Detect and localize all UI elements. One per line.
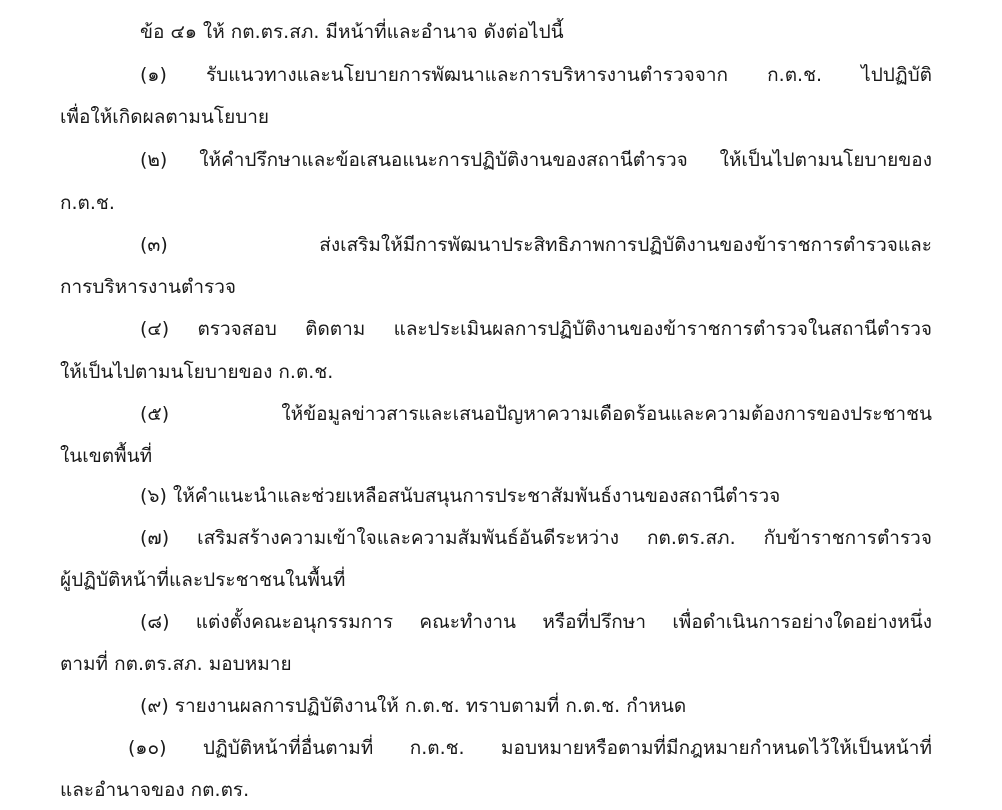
- item-1-line-2: เพื่อให้เกิดผลตามนโยบาย: [60, 96, 932, 138]
- item-8-line-1: (๘) แต่งตั้งคณะอนุกรรมการ คณะทำงาน หรือท…: [60, 601, 932, 643]
- item-2-line-1: (๒) ให้คำปรึกษาและข้อเสนอแนะการปฏิบัติงา…: [60, 139, 932, 181]
- item-8-line-2: ตามที่ กต.ตร.สภ. มอบหมาย: [60, 643, 932, 685]
- item-7-line-1: (๗) เสริมสร้างความเข้าใจและความสัมพันธ์อ…: [60, 517, 932, 559]
- item-4-line-2: ให้เป็นไปตามนโยบายของ ก.ต.ช.: [60, 351, 932, 393]
- item-3-line-1: (๓) ส่งเสริมให้มีการพัฒนาประสิทธิภาพการป…: [60, 224, 932, 266]
- item-10-line-2: และอำนาจของ กต.ตร.: [60, 769, 932, 810]
- item-2-line-2: ก.ต.ช.: [60, 182, 932, 224]
- item-5-line-1: (๕) ให้ข้อมูลข่าวสารและเสนอปัญหาความเดือ…: [60, 393, 932, 435]
- item-3-line-2: การบริหารงานตำรวจ: [60, 266, 932, 308]
- item-7-line-2: ผู้ปฏิบัติหน้าที่และประชาชนในพื้นที่: [60, 559, 932, 601]
- item-4-line-1: (๔) ตรวจสอบ ติดตาม และประเมินผลการปฏิบัต…: [60, 308, 932, 350]
- item-9-line-1: (๙) รายงานผลการปฏิบัติงานให้ ก.ต.ช. ทราบ…: [60, 685, 932, 727]
- item-10-line-1: (๑๐) ปฏิบัติหน้าที่อื่นตามที่ ก.ต.ช. มอบ…: [60, 727, 932, 769]
- item-6-line-1: (๖) ให้คำแนะนำและช่วยเหลือสนับสนุนการประ…: [60, 475, 932, 517]
- item-1-line-1: (๑) รับแนวทางและนโยบายการพัฒนาและการบริห…: [60, 54, 932, 96]
- section-heading: ข้อ ๔๑ ให้ กต.ตร.สภ. มีหน้าที่และอำนาจ ด…: [60, 11, 932, 53]
- item-5-line-2: ในเขตพื้นที่: [60, 435, 932, 477]
